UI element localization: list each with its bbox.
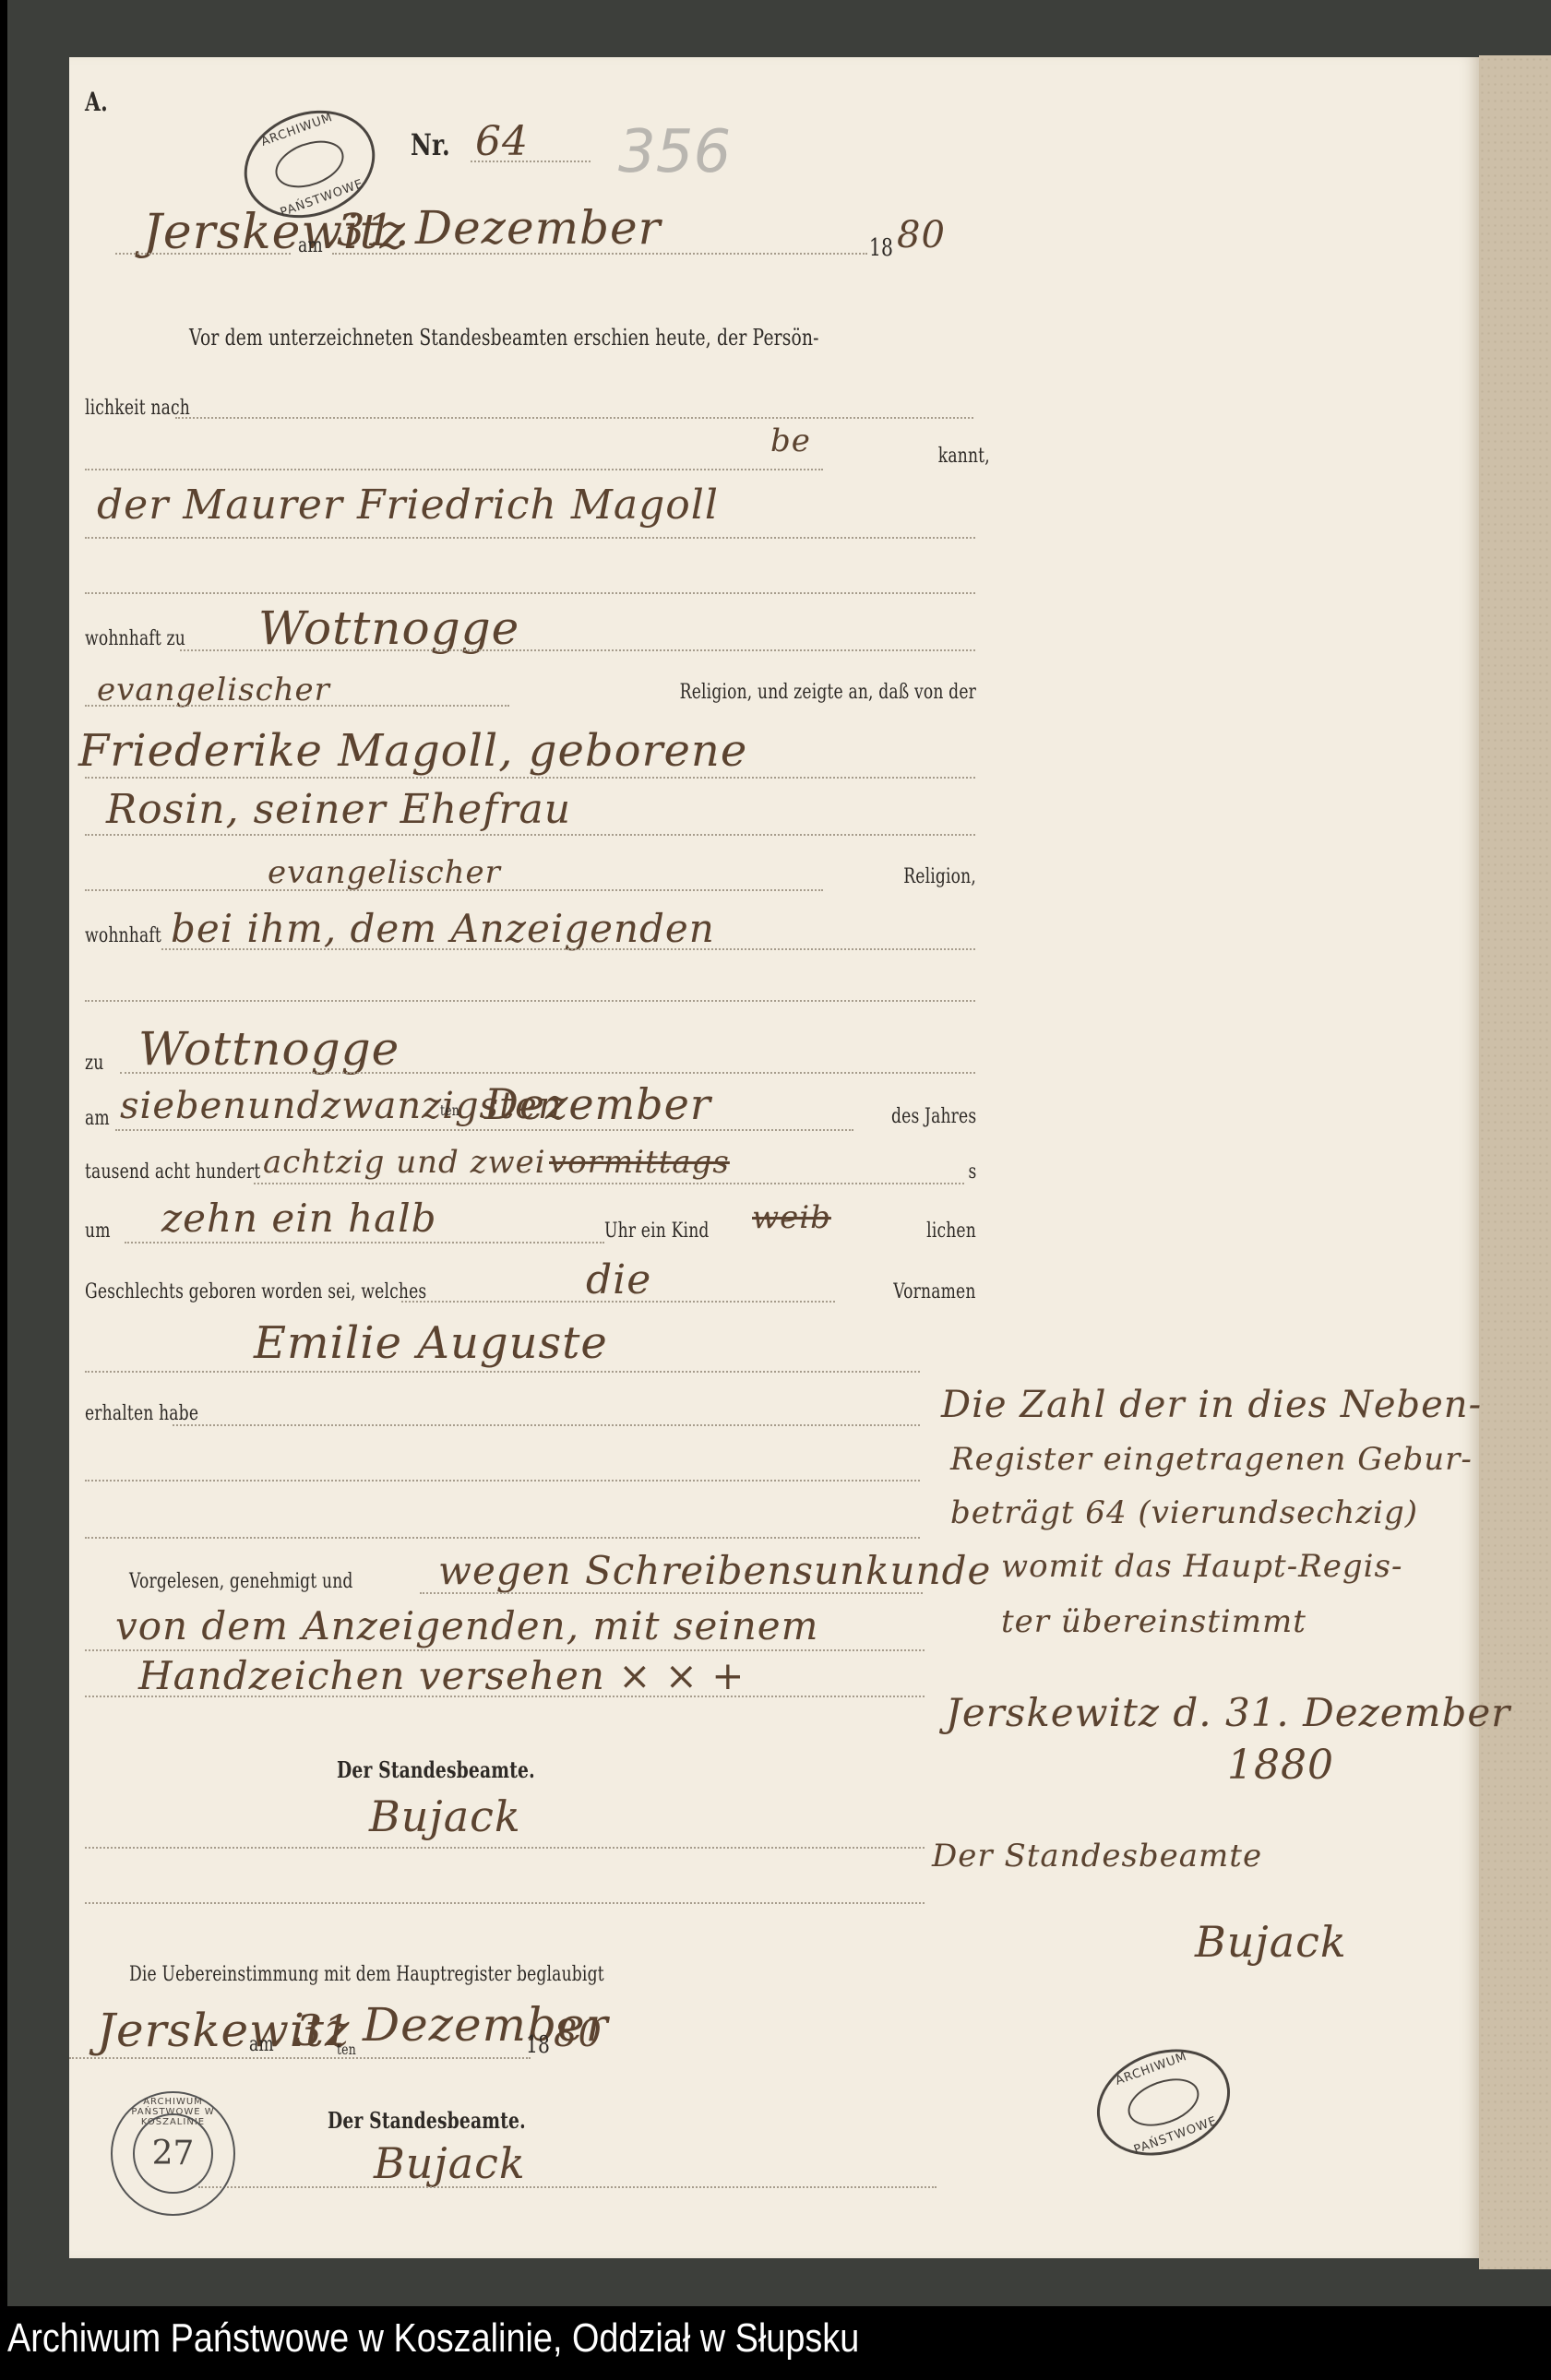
margin-note-signature: Bujack (1195, 1917, 1347, 1967)
geschlechts-label: Geschlechts geboren worden sei, welches (85, 1280, 426, 1303)
mother-residence: bei ihm, dem Anzeigenden (171, 906, 715, 951)
dateline-am-label: am (298, 234, 323, 257)
civil-register-page: A. ARCHIWUM PAŃSTWOWE Nr. 64 356 Jerskew… (69, 57, 1479, 2258)
margin-note-line: womit das Haupt-Regis- (1001, 1548, 1402, 1585)
child-names: Emilie Auguste (254, 1317, 608, 1369)
certification-label: Die Uebereinstimmung mit dem Hauptregist… (129, 1963, 604, 1986)
known-printed: kannt, (938, 445, 990, 468)
dateline-year-printed: 18 (869, 234, 893, 262)
um-label: um (85, 1220, 111, 1243)
sex-printed: lichen (926, 1220, 976, 1243)
birth-hour: zehn ein halb (161, 1196, 437, 1241)
mother-residence-label: wohnhaft (85, 924, 161, 947)
dotted-line (115, 1129, 853, 1131)
dateline-day: 31. (337, 205, 410, 256)
certification-am-label: am (249, 2033, 274, 2056)
certification-ten-suffix: ten (337, 2041, 356, 2058)
archive-stamp-bottom-right: ARCHIWUM PAŃSTWOWE (1082, 2031, 1246, 2173)
dotted-line (254, 1183, 964, 1184)
dotted-line (161, 948, 975, 950)
dotted-line (125, 1242, 604, 1244)
dotted-line (85, 1649, 925, 1651)
birth-month: Dezember (484, 1079, 711, 1129)
dotted-line (173, 1424, 920, 1426)
mother-line-1: Friederike Magoll, geborene (78, 725, 747, 777)
certification-signature: Bujack (374, 2138, 526, 2188)
dotted-line (85, 469, 823, 470)
certification-year-handwritten: 80 (554, 2013, 603, 2055)
mother-religion-handwritten: evangelischer (268, 854, 501, 891)
mother-line-2: Rosin, seiner Ehefrau (106, 786, 571, 833)
known-handwritten: be (770, 422, 811, 459)
archive-stamp-round: ARCHIWUM PAŃSTWOWE W KOSZALINIE 27 (111, 2091, 235, 2216)
dotted-line (332, 253, 867, 255)
residence: Wottnogge (258, 601, 519, 655)
dotted-line (85, 1696, 925, 1697)
dotted-line (85, 889, 823, 891)
dotted-line (85, 705, 509, 707)
register-number: 64 (475, 118, 529, 165)
register-number-label: Nr. (411, 127, 450, 162)
dotted-line (115, 253, 291, 255)
form-letter: A. (85, 87, 108, 117)
margin-note-title: Der Standesbeamte (932, 1838, 1262, 1874)
intro-printed-1: Vor dem unterzeichneten Standesbeamten e… (189, 325, 819, 351)
dateline-year-handwritten: 80 (897, 214, 946, 256)
binding-cardboard (1479, 55, 1551, 2269)
official-signature: Bujack (369, 1791, 521, 1841)
dotted-line (85, 537, 975, 539)
religion-printed: Religion, und zeigte an, daß von der (680, 681, 976, 704)
dotted-line (420, 1592, 923, 1594)
stamp-number: 27 (133, 2113, 212, 2193)
closing-line-1: wegen Schreibensunkunde (438, 1548, 991, 1593)
closing-line-3: Handzeichen versehen × × + (138, 1653, 746, 1698)
dateline-month: Dezember (415, 201, 662, 255)
dotted-line (85, 1847, 925, 1849)
dotted-line (471, 161, 591, 162)
vornamen-label: Vornamen (894, 1280, 976, 1303)
mother-religion-printed: Religion, (903, 865, 976, 888)
vorgelesen-label: Vorgelesen, genehmigt und (129, 1570, 353, 1593)
dotted-line (180, 649, 975, 651)
uhr-label: Uhr ein Kind (604, 1220, 710, 1243)
sex-handwritten: weib (752, 1199, 831, 1236)
birth-day-label: am (85, 1107, 110, 1130)
dotted-line (85, 1480, 920, 1482)
dotted-line (85, 1371, 920, 1373)
margin-note-line: Register eingetragenen Gebur- (950, 1441, 1473, 1478)
dotted-line (175, 417, 973, 419)
dotted-line (69, 2057, 531, 2059)
closing-line-2: von dem Anzeigenden, mit seinem (115, 1603, 818, 1648)
dotted-line (85, 777, 975, 779)
erhalten-label: erhalten habe (85, 1402, 198, 1425)
pencil-folio-number: 356 (618, 118, 731, 186)
religion-handwritten: evangelischer (97, 672, 330, 708)
dotted-line (198, 2186, 937, 2188)
certification-official-title: Der Standesbeamte. (328, 2107, 526, 2134)
official-title: Der Standesbeamte. (337, 1756, 535, 1783)
margin-note-date: Jerskewitz d. 31. Dezember (946, 1690, 1510, 1735)
s-suffix: s (968, 1160, 976, 1184)
birthplace-label: zu (85, 1052, 103, 1075)
declarant: der Maurer Friedrich Magoll (97, 482, 719, 529)
dotted-line (85, 1000, 975, 1002)
residence-label: wohnhaft zu (85, 627, 185, 650)
dotted-line (120, 1072, 975, 1074)
intro-printed-2: lichkeit nach (85, 397, 190, 420)
dotted-line (85, 1902, 925, 1904)
margin-note-year: 1880 (1227, 1742, 1334, 1789)
certification-year-printed: 18 (526, 2031, 550, 2059)
thousand-label: tausend acht hundert (85, 1160, 260, 1184)
birth-time-of-day: vormittags (549, 1144, 730, 1181)
year-label: des Jahres (891, 1105, 976, 1128)
margin-note-line: beträgt 64 (vierundsechzig) (950, 1494, 1418, 1531)
margin-note-line: ter übereinstimmt (1001, 1603, 1306, 1640)
dotted-line (85, 834, 975, 836)
dotted-line (85, 592, 975, 594)
article-handwritten: die (586, 1256, 651, 1303)
birthplace: Wottnogge (138, 1022, 400, 1076)
dotted-line (85, 1537, 920, 1539)
archive-caption: Archiwum Państwowe w Koszalinie, Oddział… (7, 2315, 859, 2362)
birth-year-words: achtzig und zwei (263, 1144, 546, 1181)
margin-note-line: Die Zahl der in dies Neben- (941, 1384, 1482, 1426)
ten-suffix: ten (440, 1101, 459, 1119)
